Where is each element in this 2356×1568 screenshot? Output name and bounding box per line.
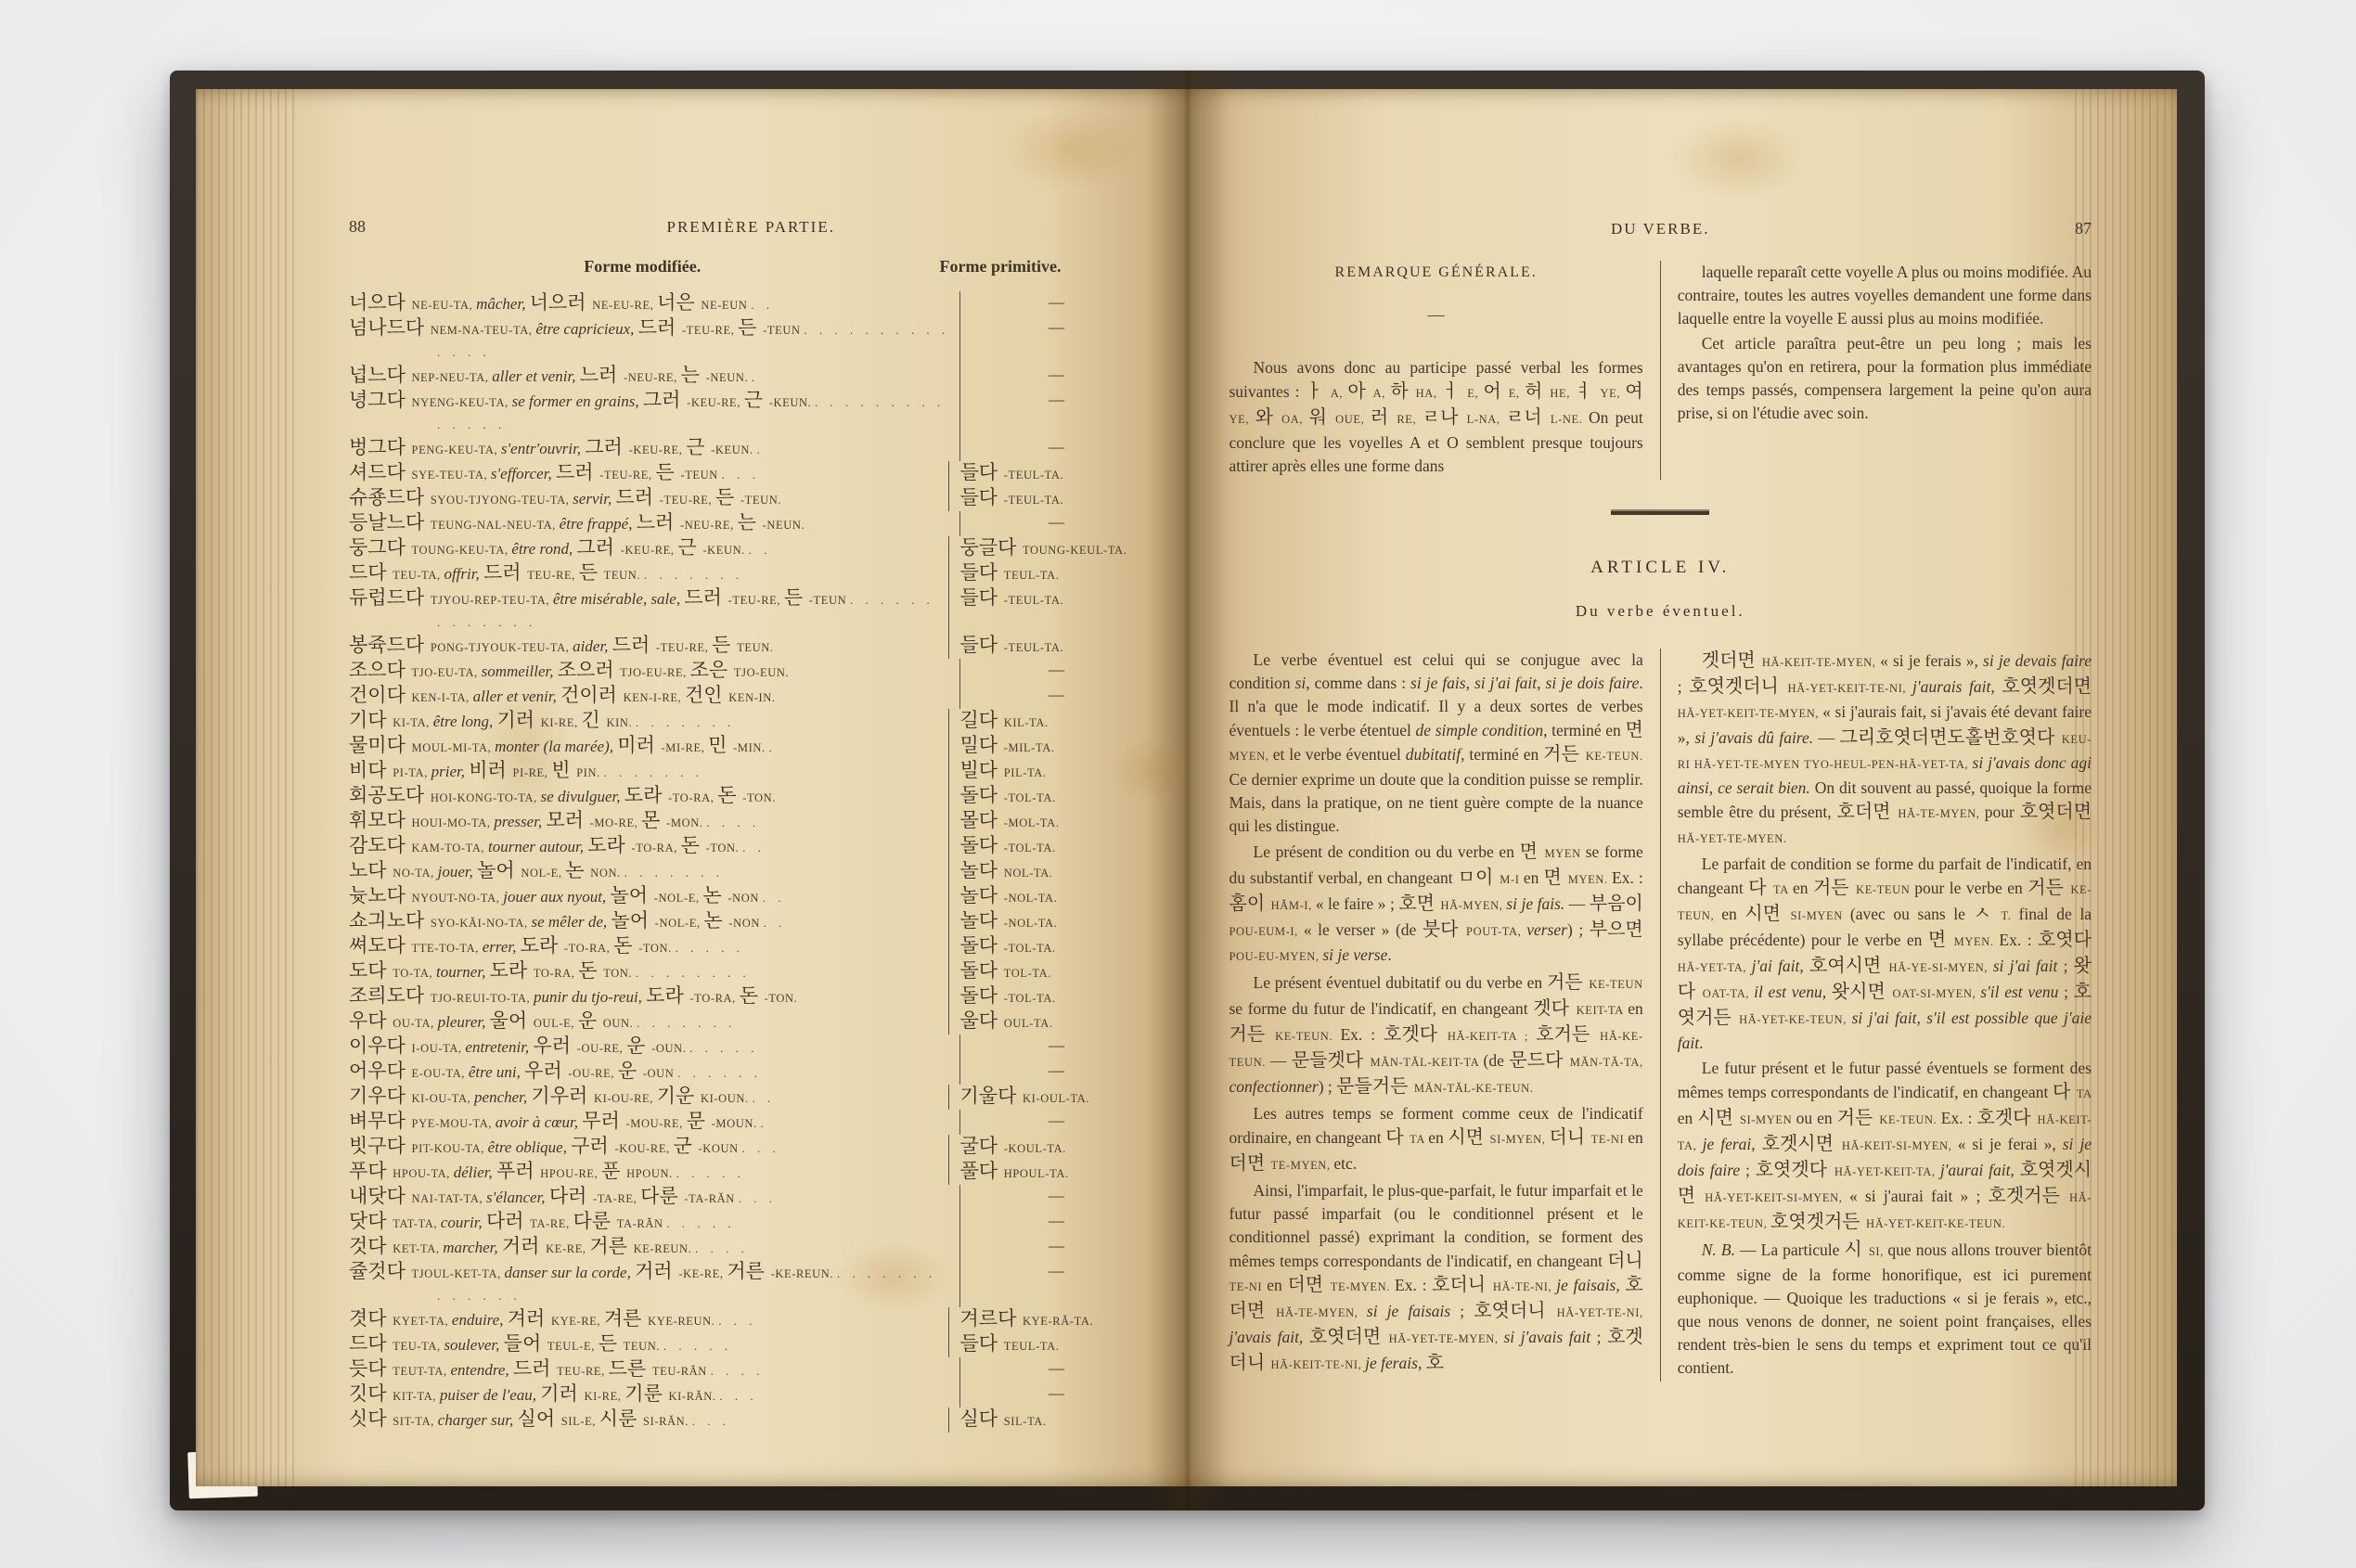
romanization-text: KIL-TA. [1004, 716, 1049, 729]
french-italic-text: jouer aux nyout, [503, 888, 610, 906]
korean-text: 거른 [727, 1260, 770, 1282]
romanization-text: A, [1331, 387, 1348, 400]
dot-leaders: . . [763, 891, 786, 905]
table-row: 조으다 TJO-EU-TA, sommeiller, 조으러 TJO-EU-RE… [349, 659, 1153, 684]
korean-text: 도라 [624, 784, 668, 806]
body-text: en [1721, 905, 1744, 923]
primitive-form-cell: 길다 KIL-TA. [948, 709, 1153, 734]
modified-form-cell: 둥그다 TOUNG-KEU-TA, être rond, 그러 -KEU-RE,… [349, 536, 948, 561]
romanization-text: -TON. [742, 791, 776, 804]
body-text: Ex. : [1395, 1276, 1432, 1294]
french-italic-text: de simple condition [1416, 721, 1544, 739]
romanization-text: -TOL-TA. [1004, 842, 1056, 855]
korean-text: 호엿겟다 [1756, 1158, 1835, 1180]
romanization-text: -TON. [765, 992, 798, 1005]
primitive-form-cell: — [959, 1060, 1153, 1085]
romanization-text: HĂ-YET-KEIT-TE-MYEN, [1678, 707, 1822, 720]
romanization-text: KI-OU-RE, [594, 1092, 657, 1105]
korean-text: 조은 [690, 659, 734, 681]
korean-text: 겨르다 [960, 1307, 1024, 1330]
body-text: Ainsi, l'imparfait, le plus-que-parfait,… [1229, 1181, 1643, 1270]
romanization-text: PIN. [576, 766, 603, 779]
korean-text: 호엿겟더니 [1689, 675, 1787, 697]
modified-form-cell: 푸다 HPOU-TA, délier, 푸러 HPOU-RE, 푼 HPOUN.… [349, 1160, 948, 1185]
paragraph: Le présent de condition ou du verbe en 면… [1229, 840, 1643, 969]
modified-form-cell: 드다 TEU-TA, offrir, 드러 TEU-RE, 든 TEUN. . … [349, 561, 948, 586]
modified-form-cell: 닷다 TAT-TA, courir, 다러 TA-RE, 다룬 TA-RĂN .… [349, 1210, 959, 1235]
korean-text: 이우다 [349, 1035, 412, 1057]
primitive-form-cell: 돌다 -TOL-TA. [948, 984, 1153, 1009]
romanization-text: TEU-RE, [557, 1365, 608, 1378]
page-number: 87 [2027, 219, 2092, 238]
french-italic-text: s'il est venu [1980, 983, 2058, 1001]
primitive-form-cell: 들다 TEUL-TA. [948, 1332, 1153, 1357]
korean-text: 쇼긔노다 [349, 909, 431, 932]
korean-text: 그리호엿더면도홀번호엿다 [1839, 726, 2061, 748]
romanization-text: TOUNG-KEUL-TA. [1023, 544, 1127, 557]
romanization-text: TEU-TA, [393, 569, 444, 582]
table-row: 감도다 KAM-TO-TA, tourner autour, 도라 -TO-RA… [349, 834, 1153, 859]
body-text: — [1049, 1112, 1064, 1129]
dot-leaders: . . . . . . . [604, 765, 703, 779]
korean-text: 조으다 [349, 659, 412, 681]
article-column-2: 겟더면 HĂ-KEIT-TE-MYEN, « si je ferais », s… [1660, 649, 2092, 1382]
body-text: ; [1678, 677, 1690, 696]
table-row: 도다 TO-TA, tourner, 도라 TO-RA, 돈 TON. . . … [349, 959, 1153, 984]
romanization-text: NOL-E, [521, 867, 565, 880]
romanization-text: -MOU-RE, [626, 1117, 687, 1130]
body-text: « si j'aurai fait » ; [1849, 1187, 1989, 1205]
romanization-text: -TEUN. [740, 494, 781, 507]
body-text: — [1049, 1262, 1064, 1279]
romanization-text: -TO-RA, [631, 842, 680, 855]
body-text: se forme du futur de l'indicatif, en cha… [1229, 999, 1534, 1018]
primitive-form-cell: 들다 -TEUL-TA. [948, 634, 1153, 659]
primitive-form-cell: 들다 -TEUL-TA. [948, 461, 1153, 486]
korean-text: 들다 [960, 461, 1004, 483]
korean-text: 기우러 [531, 1085, 594, 1107]
romanization-text: KI-RE, [585, 1390, 625, 1403]
korean-text: 호거든 [1536, 1022, 1600, 1045]
romanization-text: TA-RE, [530, 1217, 573, 1230]
modified-form-cell: 것다 KET-TA, marcher, 거러 KE-RE, 거른 KE-REUN… [349, 1235, 959, 1260]
body-text: en [1628, 999, 1643, 1018]
dot-leaders: . [752, 370, 759, 384]
french-italic-text: se divulguer, [541, 788, 624, 805]
korean-text: 조으러 [558, 659, 621, 681]
romanization-text: OUL-E, [534, 1017, 578, 1030]
romanization-text: TEUN. [737, 641, 773, 654]
korean-text: 들다 [960, 561, 1004, 584]
korean-text: 돈 [681, 834, 706, 856]
korean-text: 부으면 [1590, 918, 1643, 940]
korean-text: 돈 [613, 934, 638, 957]
article-section: Le verbe éventuel est celui qui se conju… [1229, 649, 2092, 1382]
romanization-text: POU-EUM-I, [1229, 925, 1304, 938]
primitive-form-cell: 겨르다 KYE-RĂ-TA. [948, 1307, 1153, 1332]
romanization-text: TOUNG-KEU-TA, [412, 544, 512, 557]
french-italic-text: errer, [483, 938, 521, 956]
korean-text: 겨른 [604, 1307, 648, 1330]
korean-text: 길다 [960, 709, 1004, 731]
korean-text: 조릐도다 [349, 984, 431, 1007]
korean-text: 감도다 [349, 834, 412, 856]
romanization-text: -TON. [706, 842, 742, 855]
modified-form-cell: 너으다 NE-EU-TA, mâcher, 너으러 NE-EU-RE, 너은 N… [349, 291, 959, 316]
korean-text: 듯다 [349, 1357, 393, 1380]
romanization-text: TA [1410, 1133, 1428, 1146]
primitive-form-cell: 돌다 -TOL-TA. [948, 934, 1153, 959]
body-text: — [1049, 1036, 1064, 1054]
korean-text: 건이다 [349, 684, 412, 706]
modified-form-cell: 물미다 MOUL-MI-TA, monter (la marée), 미러 -M… [349, 734, 948, 759]
romanization-text: TJO-REUI-TO-TA, [431, 992, 534, 1005]
korean-text: 놀다 [960, 909, 1004, 932]
table-row: 어우다 E-OU-TA, être uni, 우러 -OU-RE, 운 -OUN… [349, 1060, 1153, 1085]
romanization-text: -TA-RE, [593, 1192, 640, 1205]
romanization-text: NEM-NA-TEU-TA, [431, 324, 536, 337]
korean-text: 드러 [612, 634, 656, 656]
dot-leaders: . [760, 1116, 767, 1130]
romanization-text: MĂN-TĂL-KE-TEUN. [1414, 1082, 1534, 1095]
korean-text: 든 [579, 561, 604, 584]
romanization-text: -TEUN [680, 469, 721, 482]
paragraph: 겟더면 HĂ-KEIT-TE-MYEN, « si je ferais », s… [1678, 649, 2092, 851]
romanization-text: MYEN. [1954, 935, 2000, 948]
french-italic-text: entretenir, [465, 1038, 533, 1056]
korean-text: 돌다 [960, 959, 1004, 982]
dot-leaders: . . . . . [676, 941, 744, 955]
body-text: laquelle reparaît cette voyelle A plus o… [1678, 263, 2092, 328]
table-row: 빗구다 PIT-KOU-TA, être oblique, 구러 -KOU-RE… [349, 1135, 1153, 1160]
korean-text: 노다 [349, 859, 393, 881]
romanization-text: E-OU-TA, [412, 1067, 469, 1080]
french-italic-text: si je verse [1322, 945, 1387, 964]
french-italic-text: si j'avais dû faire. [1694, 728, 1818, 747]
body-text: (avec ou sans le [1850, 905, 1974, 923]
romanization-text: HA, [1416, 387, 1442, 400]
french-italic-text: verser [1526, 920, 1567, 939]
romanization-text: KI-OUL-TA. [1023, 1092, 1089, 1105]
korean-text: 놀다 [960, 859, 1004, 881]
table-row: 우다 OU-TA, pleurer, 울어 OUL-E, 운 OUN. . . … [349, 1009, 1153, 1035]
romanization-text: PONG-TJYOUK-TEU-TA, [431, 641, 573, 654]
korean-text: 모러 [546, 809, 589, 831]
korean-text: 울다 [960, 1009, 1004, 1032]
romanization-text: NOL-TA. [1004, 867, 1053, 880]
french-italic-text: prier, [431, 763, 470, 780]
romanization-text: -MIL-TA. [1004, 741, 1055, 754]
korean-text: 겟더면 [1702, 649, 1762, 671]
romanization-text: OA, [1281, 413, 1309, 426]
primitive-form-cell: — [959, 389, 1153, 436]
body-text: ; [2057, 957, 2073, 975]
korean-text: ㅁ이 [1458, 866, 1500, 888]
romanization-text: -NEU-RE, [624, 371, 681, 384]
french-italic-text: aider, [573, 637, 612, 655]
intro-column-1: REMARQUE GÉNÉRALE. — Nous avons donc au … [1229, 261, 1660, 480]
korean-text: 다룬 [640, 1185, 684, 1207]
body-text: — La particule [1735, 1240, 1845, 1259]
french-italic-text: mâcher, [476, 295, 530, 313]
column-header-primitive: Forme primitive. [936, 257, 1153, 276]
modified-form-cell: 슈죵드다 SYOU-TJYONG-TEU-TA, servir, 드러 -TEU… [349, 486, 948, 511]
romanization-text: MĂN-TĂL-KEIT-TA [1370, 1056, 1483, 1069]
body-text: (de [1484, 1051, 1510, 1070]
korean-text: 셔드다 [349, 461, 412, 483]
romanization-text: SI-RĂN. [643, 1415, 692, 1428]
dot-leaders: . . . [722, 468, 760, 482]
korean-text: 기운 [657, 1085, 701, 1107]
korean-text: 그러 [576, 536, 620, 559]
romanization-text: OUE, [1335, 413, 1371, 426]
korean-text: 문들겟다 [1292, 1048, 1371, 1071]
korean-text: 그러 [643, 389, 687, 411]
korean-text: 더니 [1607, 1249, 1643, 1271]
romanization-text: -TEU-RE, [660, 494, 715, 507]
romanization-text: TEU-RE, [527, 569, 578, 582]
romanization-text: -KEU-RE, [687, 396, 744, 409]
korean-text: 거든 [1547, 970, 1589, 993]
korean-text: 는 [738, 511, 763, 533]
romanization-text: KYE-RĂ-TA. [1023, 1315, 1093, 1328]
romanization-text: KI-TA, [393, 716, 432, 729]
korean-text: 넘나드다 [349, 316, 431, 339]
romanization-text: KEIT-TA [1577, 1004, 1629, 1017]
french-italic-text: s'entr'ouvrir, [501, 440, 585, 457]
romanization-text: -MI-RE, [662, 741, 709, 754]
korean-text: 호더니 [1432, 1273, 1493, 1295]
modified-form-cell: 내닷다 NAI-TAT-TA, s'élancer, 다러 -TA-RE, 다룬… [349, 1185, 959, 1210]
primitive-form-cell: 돌다 TOL-TA. [948, 959, 1153, 984]
primitive-form-cell: 빌다 PIL-TA. [948, 759, 1153, 784]
primitive-form-cell: 울다 OUL-TA. [948, 1009, 1153, 1035]
korean-text: 봉쥭드다 [349, 634, 431, 656]
romanization-text: -TEU-RE, [656, 641, 712, 654]
modified-form-cell: 비다 PI-TA, prier, 비러 PI-RE, 빈 PIN. . . . … [349, 759, 948, 784]
korean-text: ㅕ [1575, 379, 1600, 402]
romanization-text: KEN-IN. [728, 691, 775, 704]
korean-text: 든 [599, 1332, 624, 1355]
body-text: — [1270, 1051, 1292, 1070]
body-text: et le verbe éventuel [1273, 745, 1406, 764]
romanization-text: TEUL-TA. [1004, 1340, 1060, 1353]
korean-text: 문드다 [1509, 1048, 1569, 1071]
french-italic-text: être frappé, [560, 515, 637, 533]
romanization-text: -KE-RE, [678, 1267, 727, 1280]
french-italic-text: avoir à cœur, [496, 1113, 583, 1131]
intro-col2-paragraphs: laquelle reparaît cette voyelle A plus o… [1678, 261, 2092, 425]
table-row: 드다 TEU-TA, soulever, 들어 TEUL-E, 든 TEUN. … [349, 1332, 1153, 1357]
romanization-text: KIT-TA, [393, 1390, 440, 1403]
romanization-text: -NOL-E, [655, 917, 704, 930]
korean-text: 놀어 [610, 884, 653, 906]
romanization-text: KI-RE, [541, 716, 582, 729]
modified-form-cell: 싯다 SIT-TA, charger sur, 실어 SIL-E, 시룬 SI-… [349, 1407, 948, 1433]
korean-text: 싯다 [349, 1407, 393, 1430]
korean-text: 겻다 [349, 1307, 393, 1330]
primitive-form-cell: 실다 SIL-TA. [948, 1407, 1153, 1433]
primitive-form-cell: 밀다 -MIL-TA. [948, 734, 1153, 759]
korean-text: 운 [626, 1035, 651, 1057]
french-italic-text: être oblique, [488, 1138, 572, 1156]
body-text: « si je ferais », [1880, 651, 1983, 670]
korean-text: 느러 [637, 511, 680, 533]
romanization-text: -KE-REUN. [771, 1267, 837, 1280]
korean-text: 슈죵드다 [349, 486, 431, 508]
korean-text: 풀다 [960, 1160, 1004, 1182]
modified-form-cell: 넘나드다 NEM-NA-TEU-TA, être capricieux, 드러 … [349, 316, 959, 364]
korean-text: 도라 [646, 984, 689, 1007]
right-page: DU VERBE. 87 REMARQUE GÉNÉRALE. — Nous a… [1187, 89, 2178, 1486]
romanization-text: TOL-TA. [1004, 967, 1051, 980]
romanization-text: -TEUN [809, 594, 850, 607]
romanization-text: TJO-EUN. [734, 666, 789, 679]
korean-text: 면 [1928, 928, 1954, 950]
body-text: — [1049, 1384, 1064, 1402]
french-italic-text: dubitatif [1406, 745, 1461, 764]
romanization-text: -TEUL-TA. [1004, 641, 1063, 654]
korean-text: 거른 [589, 1235, 633, 1257]
korean-text: 러 [1371, 405, 1397, 428]
french-italic-text: j'aurais fait, [1912, 677, 2002, 696]
paragraph: Ainsi, l'imparfait, le plus-que-parfait,… [1229, 1179, 1643, 1377]
korean-text: 호겟다 [1384, 1022, 1448, 1045]
romanization-text: HĂM-I, [1271, 899, 1316, 912]
modified-form-cell: 드다 TEU-TA, soulever, 들어 TEUL-E, 든 TEUN. … [349, 1332, 948, 1357]
romanization-text: TEU-TA, [393, 1340, 444, 1353]
korean-text: 호여시면 [1809, 954, 1888, 976]
korean-text: 놀어 [477, 859, 521, 881]
french-italic-text: s'efforcer, [491, 465, 556, 482]
korean-text: 다러 [486, 1210, 530, 1232]
table-row: 회공도다 HOI-KONG-TO-TA, se divulguer, 도라 -T… [349, 784, 1153, 809]
french-italic-text: sommeiller, [482, 662, 558, 680]
intro-section: REMARQUE GÉNÉRALE. — Nous avons donc au … [1229, 261, 2092, 480]
body-text: Le présent éventuel dubitatif ou du verb… [1254, 973, 1547, 992]
french-italic-text: je ferais, [1365, 1354, 1426, 1372]
primitive-form-cell: 들다 TEUL-TA. [948, 561, 1153, 586]
korean-text: 돌다 [960, 784, 1004, 806]
romanization-text: TO-RA, [534, 967, 578, 980]
korean-text: 워 [1309, 405, 1335, 428]
korean-text: 들다 [960, 586, 1004, 609]
romanization-text: PI-TA, [393, 766, 431, 779]
modified-form-cell: 어우다 E-OU-TA, être uni, 우러 -OU-RE, 운 -OUN… [349, 1060, 959, 1085]
paragraph: Le parfait de condition se forme du parf… [1678, 853, 2092, 1055]
dot-leaders: . . . . [706, 816, 760, 829]
french-italic-text: charger sur, [438, 1411, 518, 1429]
modified-form-cell: 셔드다 SYE-TEU-TA, s'efforcer, 드러 -TEU-RE, … [349, 461, 948, 486]
primitive-form-cell: — [959, 316, 1153, 364]
modified-form-cell: 기우다 KI-OU-TA, pencher, 기우러 KI-OU-RE, 기운 … [349, 1085, 948, 1110]
korean-text: 더면 [1229, 1151, 1271, 1174]
french-italic-text: marcher, [443, 1239, 502, 1256]
romanization-text: -KEU-RE, [621, 544, 678, 557]
korean-text: 비러 [469, 759, 512, 781]
romanization-text: L-NE. [1551, 413, 1589, 426]
romanization-text: HPOU-TA, [393, 1167, 454, 1180]
romanization-text: -NON [728, 917, 763, 930]
paper-stain [1669, 117, 1809, 200]
korean-text: 여 [1625, 379, 1642, 402]
body-text: en [1428, 1128, 1448, 1147]
romanization-text: HĂ-KEIT-TE-MYEN, [1762, 656, 1880, 669]
french-italic-text: si je fais. [1506, 894, 1569, 913]
romanization-text: TEUL-E, [547, 1340, 599, 1353]
primitive-form-cell: — [959, 1235, 1153, 1260]
romanization-text: -NOL-E, [654, 892, 703, 905]
table-row: 슈죵드다 SYOU-TJYONG-TEU-TA, servir, 드러 -TEU… [349, 486, 1153, 511]
korean-text: 기러 [540, 1382, 584, 1405]
paragraph: Le verbe éventuel est celui qui se conju… [1229, 649, 1643, 838]
body-text: . [1699, 1034, 1703, 1052]
body-text: Ex. : [1941, 1109, 1977, 1127]
romanization-text: TE-MYEN, [1271, 1159, 1334, 1172]
body-text: Cet article paraîtra peut-être un peu lo… [1678, 334, 2092, 422]
modified-form-cell: 벙그다 PENG-KEU-TA, s'entr'ouvrir, 그러 -KEU-… [349, 436, 959, 461]
korean-text: 드러 [513, 1357, 557, 1380]
korean-text: 호겟다 [1977, 1106, 2038, 1128]
french-italic-text: punir du tjo-reui, [534, 988, 646, 1006]
left-page-content: 88 PREMIÈRE PARTIE. Forme modifiée. Form… [349, 217, 1153, 1449]
korean-text: 문 [687, 1110, 712, 1132]
korean-text: 쎠도다 [349, 934, 412, 957]
table-row: 물미다 MOUL-MI-TA, monter (la marée), 미러 -M… [349, 734, 1153, 759]
romanization-text: HOUI-MO-TA, [412, 816, 495, 829]
primitive-form-cell: — [959, 1210, 1153, 1235]
romanization-text: NO-TA, [393, 867, 437, 880]
modified-form-cell: 쥴것다 TJOUL-KET-TA, danser sur la corde, 거… [349, 1260, 959, 1307]
article-col2-paragraphs: 겟더면 HĂ-KEIT-TE-MYEN, « si je ferais », s… [1678, 649, 2092, 1380]
romanization-text: MYEN [1545, 847, 1586, 860]
romanization-text: TEUT-TA, [393, 1365, 450, 1378]
body-text: — [1049, 438, 1064, 456]
korean-text: 하 [1390, 379, 1415, 402]
romanization-text: -KOUN [698, 1142, 741, 1155]
french-italic-text: pleurer, [438, 1013, 490, 1031]
french-italic-text: confectionner [1229, 1077, 1319, 1096]
running-title: DU VERBE. [1294, 220, 2028, 238]
korean-text: 등날느다 [349, 511, 431, 533]
body-text: Ce dernier exprime un doute que la condi… [1229, 770, 1643, 835]
korean-text: 깃다 [349, 1382, 393, 1405]
paragraph: laquelle reparaît cette voyelle A plus o… [1678, 261, 2092, 330]
romanization-text: KI-RĂN. [669, 1390, 720, 1403]
dot-leaders: . . . . . . [677, 1066, 762, 1080]
romanization-text: KE-TEUN [1856, 883, 1914, 896]
modified-form-cell: 조릐도다 TJO-REUI-TO-TA, punir du tjo-reui, … [349, 984, 948, 1009]
korean-text: 호엿겟거든 [1770, 1210, 1866, 1232]
body-text: Ex. : [1340, 1025, 1384, 1044]
modified-form-cell: 쇼긔노다 SYO-KĂI-NO-TA, se mêler de, 놀어 -NOL… [349, 909, 948, 934]
korean-text: 더니 [1549, 1125, 1590, 1148]
body-text: — [1049, 1212, 1064, 1229]
romanization-text: MYEN, [1229, 750, 1273, 763]
korean-text: 기우다 [349, 1085, 412, 1107]
korean-text: 드러 [615, 486, 659, 508]
table-row: 너으다 NE-EU-TA, mâcher, 너으러 NE-EU-RE, 너은 N… [349, 291, 1153, 316]
photo-background: 88 PREMIÈRE PARTIE. Forme modifiée. Form… [0, 0, 2356, 1568]
romanization-text: PIT-KOU-TA, [412, 1142, 488, 1155]
korean-text: 놀어 [611, 909, 654, 932]
table-row: 봉쥭드다 PONG-TJYOUK-TEU-TA, aider, 드러 -TEU-… [349, 634, 1153, 659]
primitive-form-cell: 굴다 -KOUL-TA. [948, 1135, 1153, 1160]
korean-text: 벼무다 [349, 1110, 412, 1132]
romanization-text: -NEUN. [763, 519, 805, 532]
primitive-form-cell: — [959, 1357, 1153, 1382]
korean-text: 비다 [349, 759, 393, 781]
